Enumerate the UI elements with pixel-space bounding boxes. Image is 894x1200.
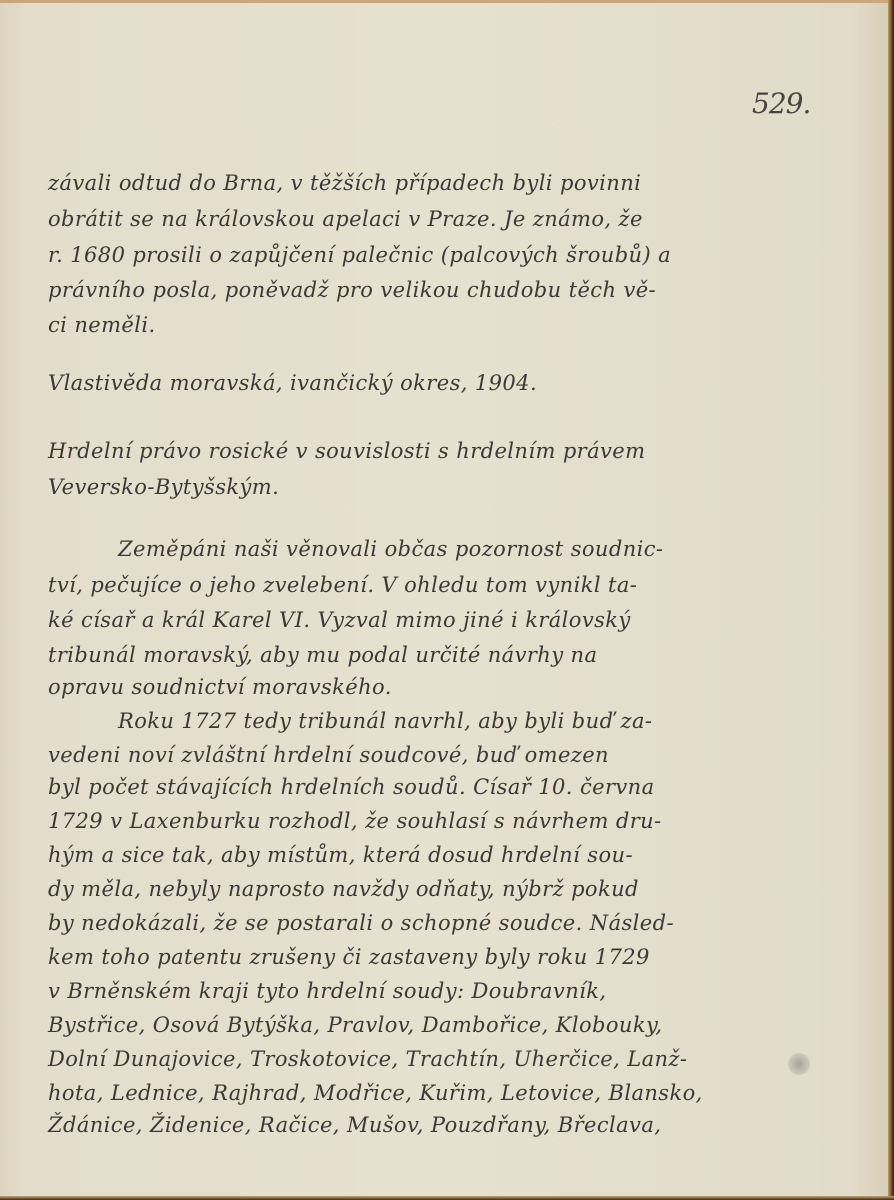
text-line: r. 1680 prosili o zapůjčení palečnic (pa… <box>48 243 671 267</box>
text-line: opravu soudnictví moravského. <box>48 675 392 699</box>
manuscript-page: 529. závali odtud do Brna, v těžších pří… <box>0 0 888 1196</box>
text-line: dy měla, nebyly naprosto navždy odňaty, … <box>48 877 639 901</box>
page-edge-right <box>888 0 894 1200</box>
text-line: právního posla, poněvadž pro velikou chu… <box>48 278 656 302</box>
text-line: Zeměpáni naši věnovali občas pozornost s… <box>118 537 663 561</box>
text-line: tribunál moravský, aby mu podal určité n… <box>48 643 597 667</box>
text-line: Roku 1727 tedy tribunál navrhl, aby byli… <box>118 709 652 733</box>
text-line: v Brněnském kraji tyto hrdelní soudy: Do… <box>48 979 606 1003</box>
text-line: vedeni noví zvláštní hrdelní soudcové, b… <box>48 743 609 767</box>
text-line: Bystřice, Osová Bytýška, Pravlov, Damboř… <box>48 1013 663 1037</box>
text-line: Dolní Dunajovice, Troskotovice, Trachtín… <box>48 1047 687 1071</box>
section-heading-line: Hrdelní právo rosické v souvislosti s hr… <box>48 439 645 463</box>
ink-smudge <box>788 1053 810 1075</box>
text-line: kem toho patentu zrušeny či zastaveny by… <box>48 945 650 969</box>
text-line: tví, pečujíce o jeho zvelebení. V ohledu… <box>48 573 637 597</box>
text-line: hým a sice tak, aby místům, která dosud … <box>48 843 633 867</box>
text-line: 1729 v Laxenburku rozhodl, že souhlasí s… <box>48 809 662 833</box>
text-line: Ždánice, Židenice, Račice, Mušov, Pouzdř… <box>48 1113 661 1137</box>
source-citation: Vlastivěda moravská, ivančický okres, 19… <box>48 371 537 395</box>
text-line: ké císař a král Karel VI. Vyzval mimo ji… <box>48 608 631 632</box>
text-line: byl počet stávajících hrdelních soudů. C… <box>48 775 655 799</box>
text-line: ci neměli. <box>48 313 156 337</box>
text-line: obrátit se na královskou apelaci v Praze… <box>48 207 643 231</box>
text-line: hota, Lednice, Rajhrad, Modřice, Kuřim, … <box>48 1081 703 1105</box>
text-line: závali odtud do Brna, v těžších případec… <box>48 171 641 195</box>
text-line: by nedokázali, že se postarali o schopné… <box>48 911 674 935</box>
page-number: 529. <box>752 87 810 120</box>
page-edge-bottom <box>0 1196 894 1200</box>
section-heading-line: Veversko-Bytyšským. <box>48 475 279 499</box>
